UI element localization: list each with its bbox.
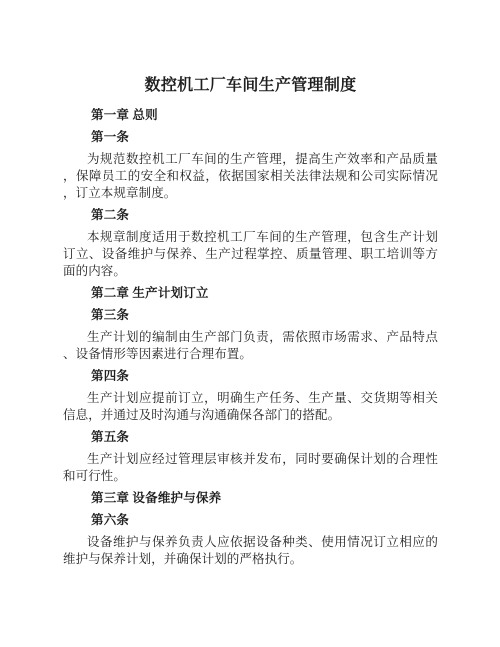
article-heading-6: 第六条 [63,512,438,529]
paragraph-article-3: 生产计划的编制由生产部门负责，需依照市场需求、产品特点、设备情形等因素进行合理布… [63,329,438,363]
paragraph-article-1: 为规范数控机工厂车间的生产管理，提高生产效率和产品质量，保障员工的安全和权益，依… [63,151,438,202]
article-heading-1: 第一条 [63,129,438,146]
document-page: 数控机工厂车间生产管理制度 第一章 总则 第一条 为规范数控机工厂车间的生产管理… [0,0,500,568]
article-heading-3: 第三条 [63,307,438,324]
chapter-heading-3: 第三章 设备维护与保养 [63,490,438,507]
paragraph-article-6: 设备维护与保养负责人应依据设备种类、使用情况订立相应的维护与保养计划，并确保计划… [63,534,438,568]
document-title: 数控机工厂车间生产管理制度 [63,75,438,96]
paragraph-article-4: 生产计划应提前订立，明确生产任务、生产量、交货期等相关信息，并通过及时沟通与沟通… [63,390,438,424]
chapter-heading-2: 第二章 生产计划订立 [63,285,438,302]
article-heading-2: 第二条 [63,207,438,224]
article-heading-4: 第四条 [63,368,438,385]
paragraph-article-2: 本规章制度适用于数控机工厂车间的生产管理，包含生产计划订立、设备维护与保养、生产… [63,229,438,280]
chapter-heading-1: 第一章 总则 [63,107,438,124]
paragraph-article-5: 生产计划应经过管理层审核并发布，同时要确保计划的合理性和可行性。 [63,451,438,485]
article-heading-5: 第五条 [63,429,438,446]
